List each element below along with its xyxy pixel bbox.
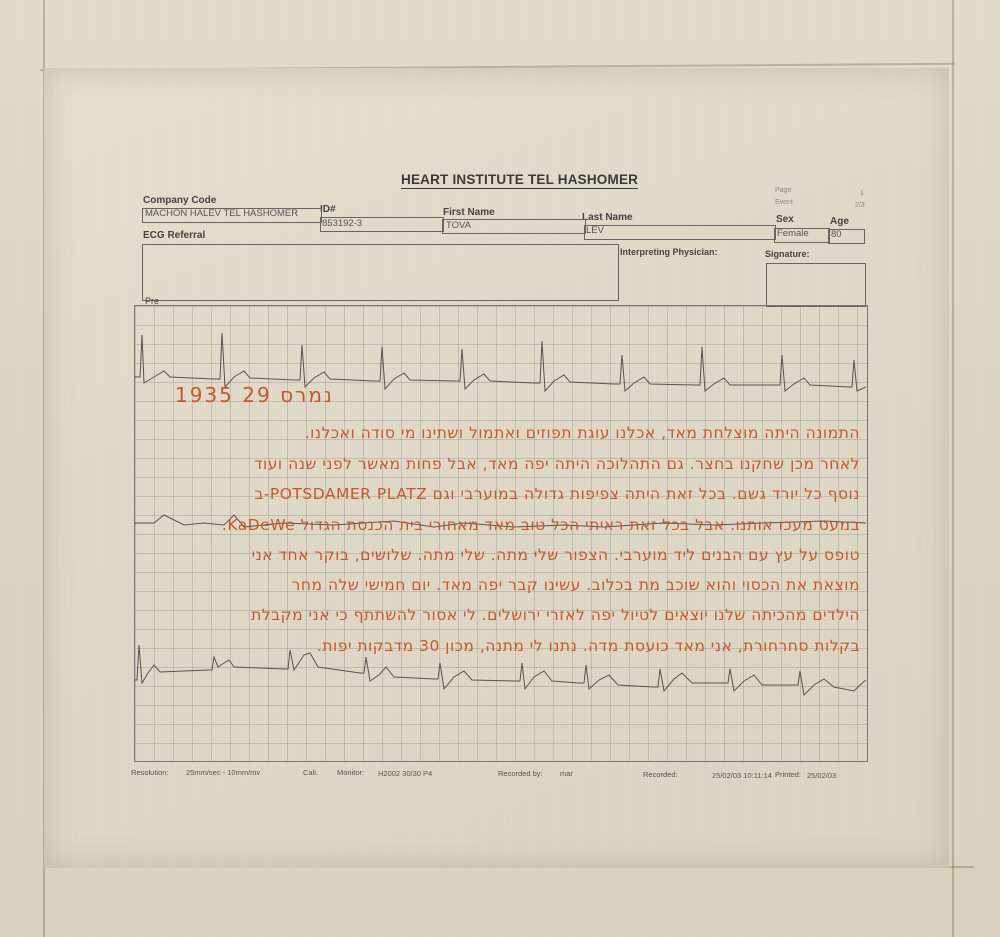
resolution-label: Resolution: — [131, 768, 169, 777]
last-name-field — [584, 225, 776, 240]
event-label: Event — [775, 199, 793, 206]
age-label: Age — [830, 216, 849, 227]
resolution-value: 25mm/sec - 10mm/mv — [186, 768, 260, 777]
interpreting-physician-label: Interpreting Physician: — [620, 247, 718, 257]
recorded-by-value: mar — [560, 769, 573, 778]
page-value: 1 — [860, 190, 864, 197]
first-name-value: TOVA — [446, 220, 471, 231]
id-value: 853192-3 — [322, 218, 362, 229]
recorded-label: Recorded: — [643, 770, 678, 779]
printed-value: 25/02/03 — [807, 771, 836, 780]
company-code-value: MACHON HALEV TEL HASHOMER — [145, 208, 298, 219]
last-name-label: Last Name — [582, 212, 633, 223]
age-value: 80 — [831, 229, 842, 240]
sex-value: Female — [777, 228, 809, 239]
ecg-referral-label: ECG Referral — [143, 230, 205, 241]
monitor-value: H2002 30/30 P4 — [378, 769, 432, 778]
embroidered-line-1: התמונה היתה מוצלחת מאד, אכלנו עוגת תפוזי… — [305, 424, 860, 442]
embroidered-date: 1935 29 נמרס — [175, 383, 334, 407]
monitor-label: Monitor: — [337, 768, 364, 777]
embroidered-line-4: במעט מעכו אותנו. אבל בכל זאת ראיתי הכל ט… — [222, 516, 860, 534]
embroidered-line-5: טופס על עץ עם הבנים ליד מוערבי. הצפור של… — [252, 546, 860, 564]
company-code-label: Company Code — [143, 195, 216, 206]
cali-label: Cali. — [303, 768, 318, 777]
embroidered-line-2: לאחר מכן שחקנו בחצר. גם התהלוכה היתה יפה… — [254, 455, 860, 473]
page-label: Page — [775, 187, 791, 194]
recorded-value: 25/02/03 10:11:14 — [712, 771, 772, 780]
embroidered-line-6: מוצאת את הכסוי והוא שוכב מת בכלוב. עשינו… — [292, 576, 860, 594]
event-value: 2/3 — [855, 202, 865, 209]
signature-label: Signature: — [765, 249, 810, 259]
sex-label: Sex — [776, 214, 794, 225]
last-name-value: LEV — [586, 225, 604, 236]
quilt-seam-right — [952, 0, 954, 937]
printed-label: Printed: — [775, 770, 801, 779]
first-name-label: First Name — [443, 207, 495, 218]
ecg-referral-field — [142, 244, 619, 301]
embroidered-line-7: הילדים מהכיתה שלנו יוצאים לטיול יפה לאזר… — [251, 606, 860, 624]
form-title: HEART INSTITUTE TEL HASHOMER — [401, 172, 638, 189]
recorded-by-label: Recorded by: — [498, 769, 543, 778]
embroidered-line-8: בקלות סחרחורת, אני מאד כועסת מדה. נתנו ל… — [317, 637, 860, 655]
embroidered-line-3: נוסף כל יורד גשם. בכל זאת היתה צפיפות גד… — [254, 485, 860, 503]
id-label: ID# — [320, 204, 336, 215]
signature-field — [766, 263, 866, 307]
